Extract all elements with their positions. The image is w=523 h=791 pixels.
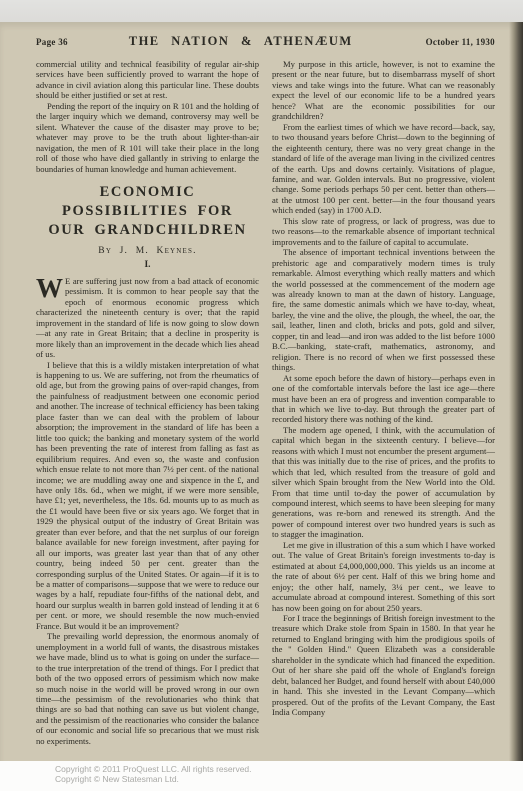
article-paragraph: This slow rate of progress, or lack of p… <box>272 216 495 247</box>
article-byline: By J. M. Keynes. <box>36 246 259 256</box>
prev-article-paragraph: Pending the report of the inquiry on R 1… <box>36 101 259 174</box>
article-paragraph: The modern age opened, I think, with the… <box>272 425 495 540</box>
masthead-title: THE NATION & ATHENÆUM <box>129 34 353 49</box>
article-lead-paragraph: WE are suffering just now from a bad att… <box>36 276 259 360</box>
right-column: My purpose in this article, however, is … <box>272 59 495 746</box>
section-numeral: I. <box>36 260 259 270</box>
article-paragraph: At some epoch before the dawn of history… <box>272 373 495 425</box>
article-title-line1: ECONOMIC POSSIBILITIES FOR <box>36 183 259 221</box>
article-paragraph: For I trace the beginnings of British fo… <box>272 613 495 718</box>
newspaper-page: Page 36 THE NATION & ATHENÆUM October 11… <box>0 22 523 769</box>
lead-paragraph-text: E are suffering just now from a bad atta… <box>36 276 259 359</box>
copyright-line: Copyright © 2011 ProQuest LLC. All right… <box>0 764 523 774</box>
article-paragraph: My purpose in this article, however, is … <box>272 59 495 122</box>
drop-cap: W <box>36 276 65 299</box>
two-column-layout: commercial utility and technical feasibi… <box>36 59 495 746</box>
article-paragraph: Let me give in illustration of this a su… <box>272 540 495 613</box>
issue-date: October 11, 1930 <box>426 37 495 47</box>
page-number-label: Page 36 <box>36 37 68 47</box>
left-column: commercial utility and technical feasibi… <box>36 59 259 746</box>
copyright-line: Copyright © New Statesman Ltd. <box>0 774 523 784</box>
article-paragraph: The absence of important technical inven… <box>272 247 495 372</box>
article-title-line2: OUR GRANDCHILDREN <box>36 221 259 240</box>
page-content: Page 36 THE NATION & ATHENÆUM October 11… <box>0 22 509 769</box>
article-header: ECONOMIC POSSIBILITIES FOR OUR GRANDCHIL… <box>36 183 259 271</box>
prev-article-paragraph: commercial utility and technical feasibi… <box>36 59 259 101</box>
page-edge-shadow <box>509 22 523 769</box>
article-paragraph: I believe that this is a wildly mistaken… <box>36 360 259 632</box>
article-paragraph: From the earliest times of which we have… <box>272 122 495 216</box>
copyright-footer: Copyright © 2011 ProQuest LLC. All right… <box>0 761 523 791</box>
page-header: Page 36 THE NATION & ATHENÆUM October 11… <box>36 34 495 49</box>
article-paragraph: The prevailing world depression, the eno… <box>36 631 259 746</box>
scan-background-top <box>0 0 523 22</box>
